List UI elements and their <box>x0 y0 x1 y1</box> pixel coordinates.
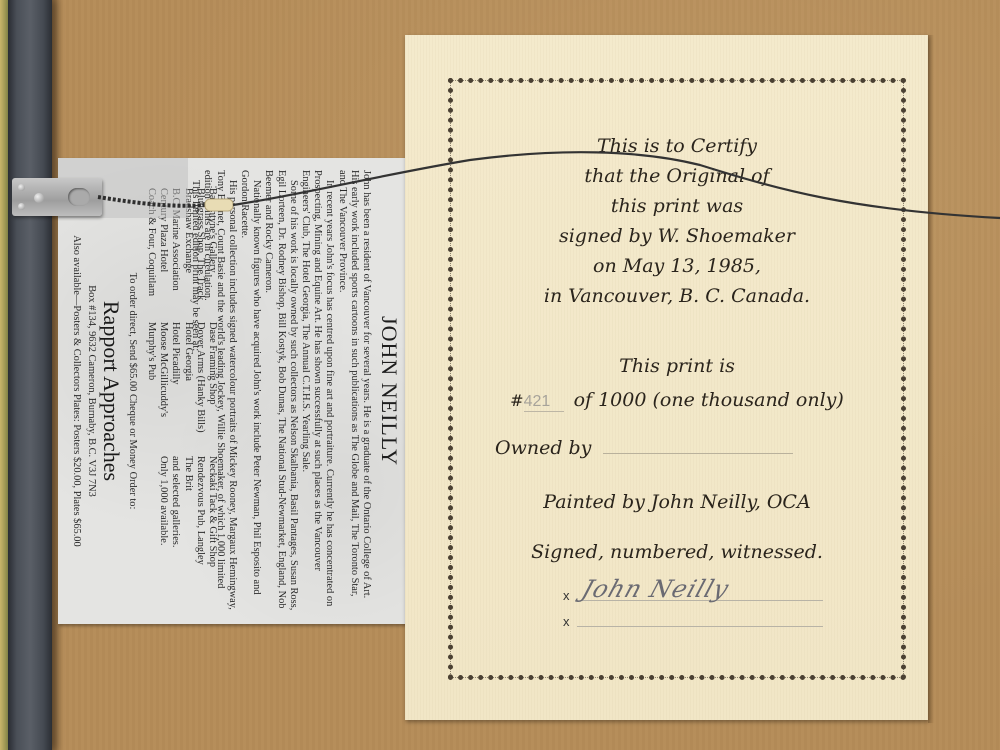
certify-line: on May 13, 1985, <box>448 255 906 277</box>
rivet-icon <box>18 203 25 210</box>
artist-clipping: JOHN NEILLY John has been a resident of … <box>58 158 410 624</box>
company-name: Rapport Approaches <box>98 158 124 624</box>
clipping-paragraph: In recent years John's focus has centred… <box>299 170 336 612</box>
company-address: Box #134, 9632 Cameron, Burnaby, B.C. V3… <box>86 158 97 624</box>
also-available: Also available—Posters & Collectors Plat… <box>71 158 82 624</box>
print-is-text: This print is <box>448 355 906 377</box>
certify-line: in Vancouver, B. C. Canada. <box>448 285 906 307</box>
wall-edge <box>0 0 8 750</box>
certify-line: This is to Certify <box>448 135 906 157</box>
certificate-shadow <box>928 35 934 723</box>
certify-line: that the Original of <box>448 165 906 187</box>
print-number-field: 421 <box>524 393 564 412</box>
keyhole-icon <box>68 188 90 206</box>
edition-number: #421of 1000 (one thousand only) <box>448 389 906 412</box>
clipping-paragraph: Nationally known figures who have acquir… <box>238 170 262 612</box>
rivet-icon <box>18 184 25 191</box>
venue-item: The Brit <box>181 456 193 586</box>
venue-item: Bluegrass Shop, The Track <box>194 188 206 306</box>
venue-item: Ballantyne's Gallery <box>206 188 218 306</box>
rivet-icon <box>34 193 44 203</box>
painted-by: Painted by John Neilly, OCA <box>448 491 906 513</box>
certificate-of-authenticity: This is to Certify that the Original of … <box>405 35 928 720</box>
artist-signature: John Neilly <box>578 575 733 603</box>
clipping-title: JOHN NEILLY <box>376 158 402 624</box>
clipping-content: JOHN NEILLY John has been a resident of … <box>58 158 410 624</box>
venue-item: Only 1,000 available. <box>157 456 169 586</box>
venue-item: Neckaki Tack & Gift Shop <box>206 456 218 586</box>
venue-column: Neckaki Tack & Gift Shop Rendezvous Pub,… <box>145 456 218 586</box>
witness-signature-row: x <box>563 609 823 631</box>
signature-line <box>577 626 823 627</box>
edition-total: of 1000 (one thousand only) <box>574 389 844 411</box>
number-prefix: # <box>510 391 523 410</box>
venue-item: and selected galleries. <box>169 456 181 586</box>
venue-column: Dase Framing Shop Dover Arms (Hanky Bill… <box>145 322 218 440</box>
clipping-paragraph: Some of his work is locally owned by suc… <box>262 170 299 612</box>
venue-item: Dase Framing Shop <box>206 322 218 440</box>
venue-item: Rendezvous Pub, Langley <box>194 456 206 586</box>
venue-list: Ballantyne's Gallery Bluegrass Shop, The… <box>145 188 218 612</box>
order-instructions: To order direct, Send $65.00 Cheque or M… <box>127 158 138 624</box>
owned-by-row: Owned by <box>495 437 875 459</box>
signature-mark: x <box>563 588 570 603</box>
venue-item: Moose McGillicuddy's <box>157 322 169 440</box>
venue-item: Murphy's Pub <box>145 322 157 440</box>
venue-item: Dover Arms (Hanky Bills) <box>194 322 206 440</box>
artist-signature-row: x John Neilly <box>563 583 823 605</box>
owned-by-label: Owned by <box>495 437 591 459</box>
clipping-paragraph: John has been a resident of Vancouver fo… <box>335 170 372 612</box>
signature-mark: x <box>563 614 570 629</box>
venue-item: Hotel Picadilly <box>169 322 181 440</box>
owned-by-field <box>603 452 793 454</box>
signed-numbered-witnessed: Signed, numbered, witnessed. <box>448 541 906 563</box>
certify-line: signed by W. Shoemaker <box>448 225 906 247</box>
certify-line: this print was <box>448 195 906 217</box>
frame-rail <box>8 0 52 750</box>
venue-item: Hotel Georgia <box>181 322 193 440</box>
hanger-bracket <box>12 178 102 216</box>
